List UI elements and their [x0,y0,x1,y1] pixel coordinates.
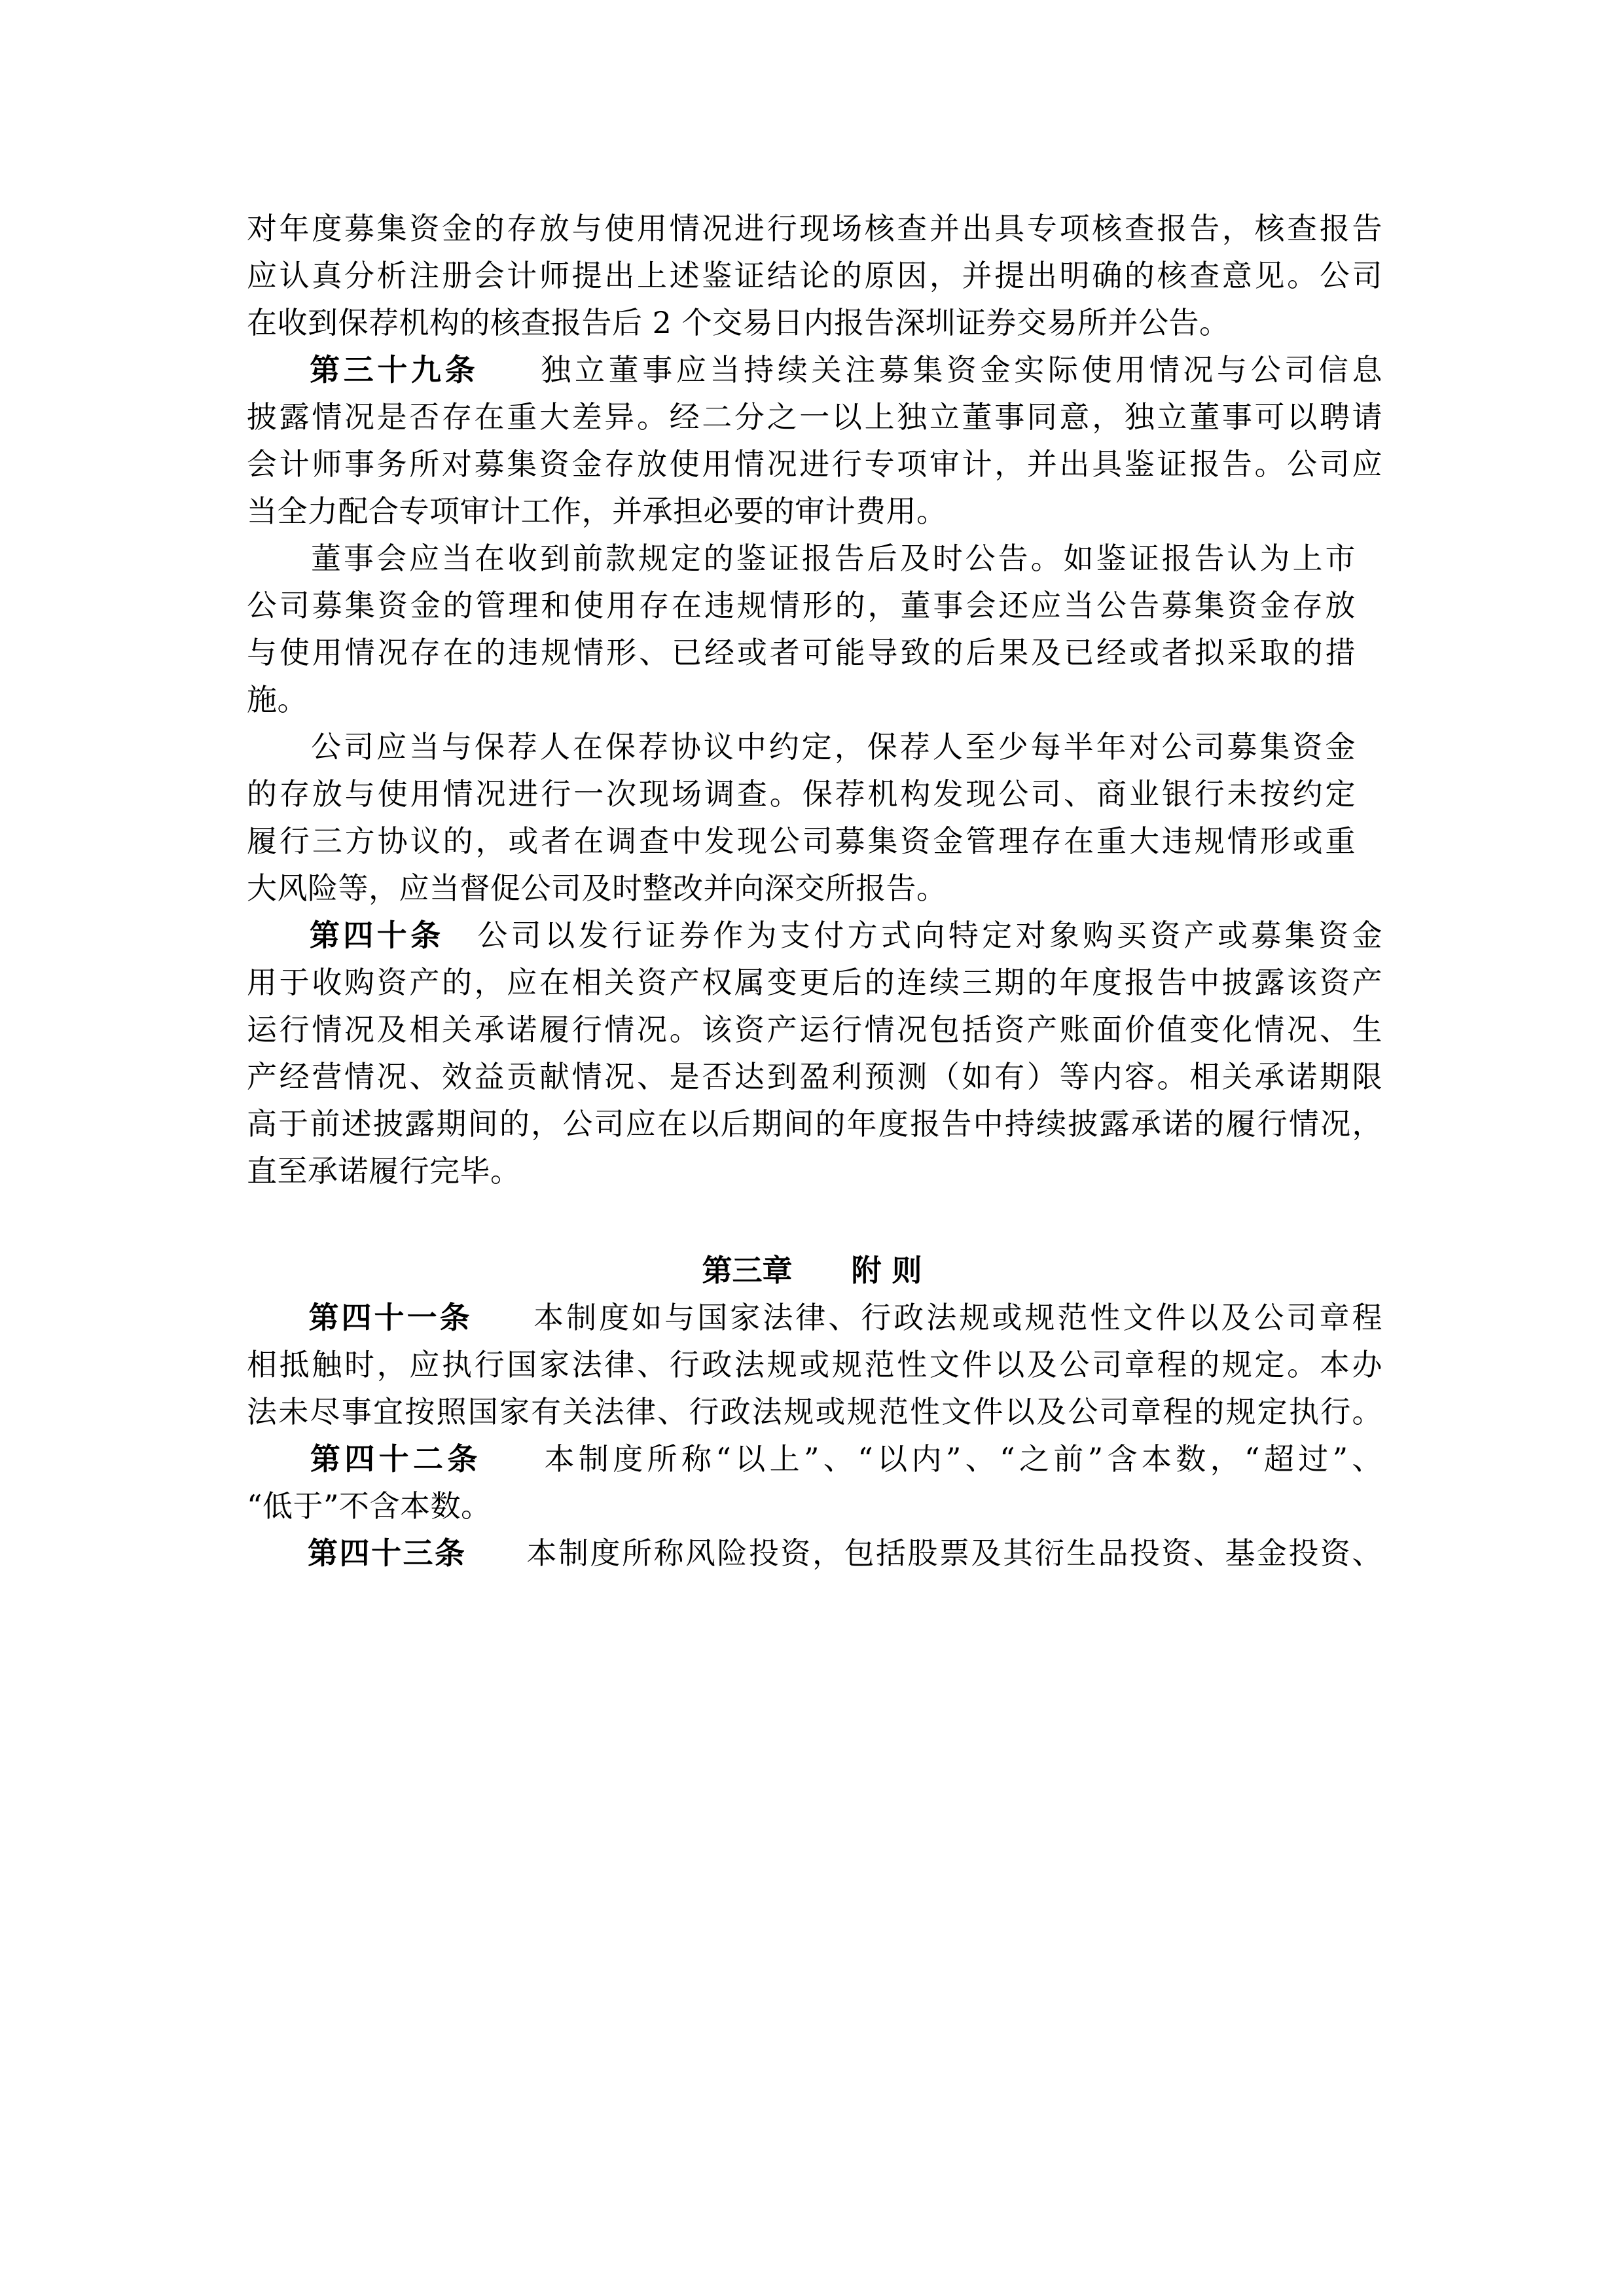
paragraph-line: 会计师事务所对募集资金存放使用情况进行专项审计，并出具鉴证报告。公司应 [247,440,1382,488]
chapter-title: 附 则 [851,1253,922,1288]
paragraph-line: 高于前述披露期间的，公司应在以后期间的年度报告中持续披露承诺的履行情况， [247,1100,1382,1147]
document-page: 对年度募集资金的存放与使用情况进行现场核查并出具专项核查报告，核查报告 应认真分… [0,0,1624,2296]
article-42-first-line: 第四十二条本制度所称“以上”、“以内”、“之前”含本数，“超过”、 [247,1435,1382,1482]
paragraph-line: 法未尽事宜按照国家有关法律、行政法规或规范性文件以及公司章程的规定执行。 [247,1388,1382,1435]
article-40-first-line: 第四十条公司以发行证券作为支付方式向特定对象购买资产或募集资金 [247,912,1382,959]
article-text: 本制度如与国家法律、行政法规或规范性文件以及公司章程 [532,1300,1382,1335]
paragraph-line: 公司募集资金的管理和使用存在违规情形的，董事会还应当公告募集资金存放 [247,582,1356,629]
article-number: 第四十三条 [306,1535,467,1571]
paragraph-line: 履行三方协议的，或者在调查中发现公司募集资金管理存在重大违规情形或重 [247,817,1356,865]
paragraph-line: 公司应当与保荐人在保荐协议中约定，保荐人至少每半年对公司募集资金 [311,723,1356,770]
article-text: 本制度所称风险投资，包括股票及其衍生品投资、基金投资、 [526,1535,1383,1571]
paragraph-line: 董事会应当在收到前款规定的鉴证报告后及时公告。如鉴证报告认为上市 [311,535,1356,582]
paragraph-line: 的存放与使用情况进行一次现场调查。保荐机构发现公司、商业银行未按约定 [247,770,1356,817]
article-number: 第四十条 [306,918,444,953]
paragraph-line: 与使用情况存在的违规情形、已经或者可能导致的后果及已经或者拟采取的措 [247,629,1356,676]
paragraph-line: 大风险等，应当督促公司及时整改并向深交所报告。 [247,865,1382,912]
article-39-first-line: 第三十九条独立董事应当持续关注募集资金实际使用情况与公司信息 [247,346,1382,393]
paragraph-line: 施。 [247,676,1382,723]
article-text: 公司以发行证券作为支付方式向特定对象购买资产或募集资金 [474,918,1382,953]
article-number: 第三十九条 [306,352,478,387]
paragraph-line: “低于”不含本数。 [247,1482,1382,1530]
article-number: 第四十一条 [306,1300,473,1335]
article-text: 独立董事应当持续关注募集资金实际使用情况与公司信息 [537,352,1382,387]
article-41-first-line: 第四十一条本制度如与国家法律、行政法规或规范性文件以及公司章程 [247,1294,1382,1341]
paragraph-line: 用于收购资产的，应在相关资产权属变更后的连续三期的年度报告中披露该资产 [247,959,1382,1006]
paragraph-line: 运行情况及相关承诺履行情况。该资产运行情况包括资产账面价值变化情况、生 [247,1006,1382,1053]
paragraph-line: 对年度募集资金的存放与使用情况进行现场核查并出具专项核查报告，核查报告 [247,205,1382,252]
paragraph-line: 披露情况是否存在重大差异。经二分之一以上独立董事同意，独立董事可以聘请 [247,393,1382,440]
paragraph-line: 直至承诺履行完毕。 [247,1147,1382,1194]
article-text: 本制度所称“以上”、“以内”、“之前”含本数，“超过”、 [541,1441,1382,1477]
paragraph-line: 产经营情况、效益贡献情况、是否达到盈利预测（如有）等内容。相关承诺期限 [247,1053,1382,1100]
article-43-first-line: 第四十三条本制度所称风险投资，包括股票及其衍生品投资、基金投资、 [247,1530,1382,1577]
chapter-heading: 第三章附 则 [0,1247,1624,1294]
chapter-number: 第三章 [702,1253,792,1288]
paragraph-line: 在收到保荐机构的核查报告后 2 个交易日内报告深圳证券交易所并公告。 [247,299,1382,346]
paragraph-line: 当全力配合专项审计工作，并承担必要的审计费用。 [247,488,1382,535]
paragraph-line: 相抵触时，应执行国家法律、行政法规或规范性文件以及公司章程的规定。本办 [247,1341,1382,1388]
article-number: 第四十二条 [306,1441,482,1477]
paragraph-line: 应认真分析注册会计师提出上述鉴证结论的原因，并提出明确的核查意见。公司 [247,252,1382,299]
